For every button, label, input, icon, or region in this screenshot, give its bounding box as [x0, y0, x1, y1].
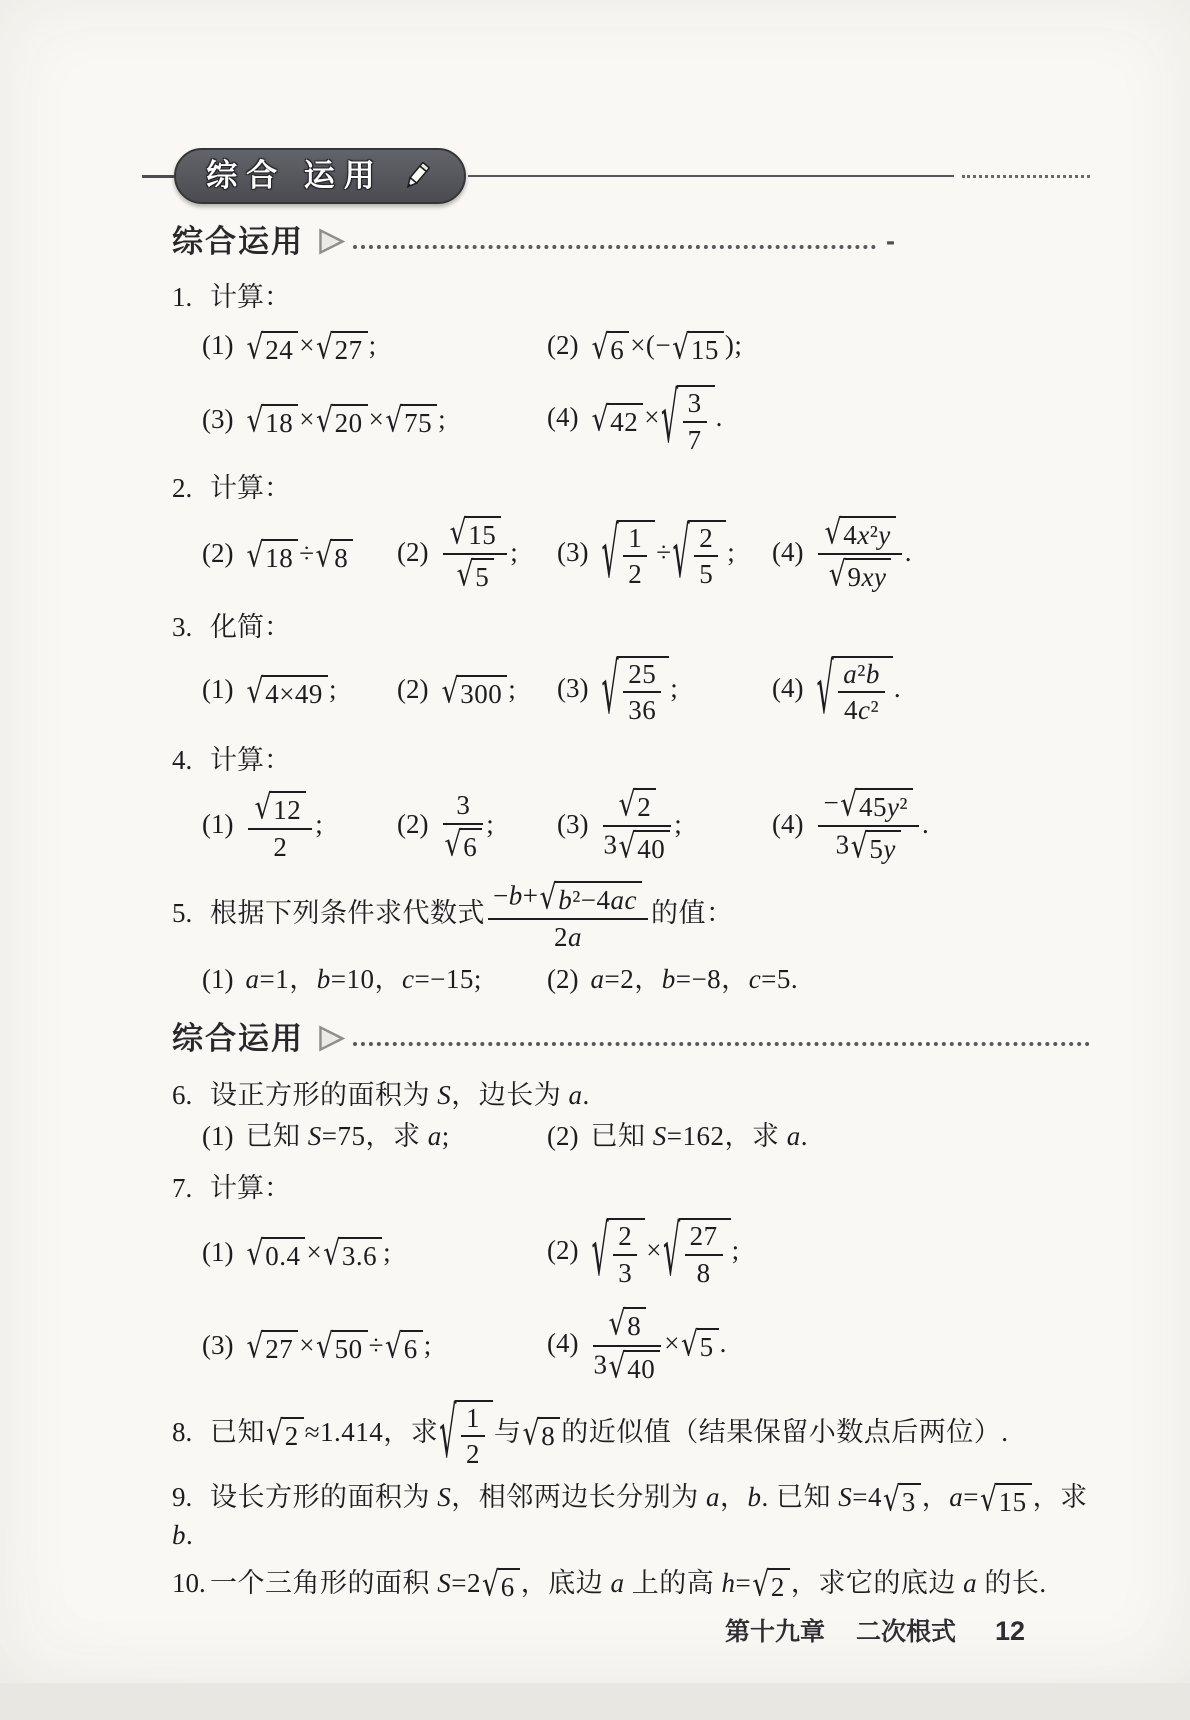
problem-10: 10.一个三角形的面积 S=2√6，底边 a 上的高 h=√2，求它的底边 a …	[172, 1565, 1090, 1605]
exercise-item: (2)√23×√278;	[547, 1218, 1090, 1287]
problem-heading: 2.计算：	[172, 470, 1090, 508]
item-label: (2)	[397, 537, 428, 567]
problem-number: 3.	[172, 609, 210, 647]
item-label: (3)	[202, 404, 233, 434]
item-formula: −√45y²3√5y.	[815, 809, 929, 839]
decorative-header-row: 综合 运用	[142, 148, 1090, 204]
problem-number: 9.	[172, 1479, 210, 1517]
exercise-item: (1)已知 S=75，求 a;	[202, 1118, 547, 1156]
problem-6: 6.设正方形的面积为 S，边长为 a. (1)已知 S=75，求 a; (2)已…	[172, 1077, 1090, 1163]
problem-heading: 8.已知√2≈1.414，求√12与√8的近似值（结果保留小数点后两位）.	[172, 1400, 1090, 1469]
section-header-label: 综合运用	[172, 1017, 304, 1060]
section-header-2: 综合运用	[172, 1017, 1090, 1060]
problem-stem: 根据下列条件求代数式−b+√b²−4ac2a的值：	[210, 898, 734, 928]
rule-line-right	[468, 175, 954, 177]
leader-end-dash: -	[886, 223, 895, 261]
item-label: (1)	[202, 330, 233, 360]
problem-title: 计算：	[210, 282, 291, 312]
exercise-item: (2)√300;	[397, 671, 557, 709]
exercise-item: (4)√42×√37.	[547, 385, 1090, 454]
item-label: (1)	[202, 809, 233, 839]
item-formula: √23√40;	[600, 809, 682, 839]
item-formula: a=2，b=−8，c=5.	[590, 964, 798, 994]
problem-heading: 1.计算：	[172, 279, 1090, 317]
item-row: (2)√18÷√8 (2)√15√5; (3)√12÷√25; (4)√4x²y…	[172, 516, 1090, 592]
item-label: (3)	[557, 809, 588, 839]
exercise-item: (2)√18÷√8	[202, 535, 397, 573]
rule-line-dotted	[962, 175, 1090, 178]
problem-9: 9.设长方形的面积为 S，相邻两边长分别为 a，b. 已知 S=4√3，a=√1…	[172, 1479, 1090, 1557]
exercise-item: (1)√24×√27;	[202, 327, 547, 365]
problem-stem: 已知√2≈1.414，求√12与√8的近似值（结果保留小数点后两位）.	[210, 1417, 1008, 1447]
exercise-item: (1)a=1，b=10，c=−15;	[202, 961, 547, 999]
exercise-item: (1)√4×49;	[202, 671, 397, 709]
item-label: (1)	[202, 964, 233, 994]
item-label: (2)	[397, 674, 428, 704]
exercise-item: (1)√0.4×√3.6;	[202, 1234, 547, 1272]
problem-heading: 4.计算：	[172, 742, 1090, 780]
problem-heading: 3.化简：	[172, 609, 1090, 647]
exercise-item: (2)已知 S=162，求 a.	[547, 1118, 1090, 1156]
item-label: (3)	[202, 1330, 233, 1360]
item-label: (2)	[547, 964, 578, 994]
item-label: (4)	[772, 809, 803, 839]
item-grid: (1)已知 S=75，求 a; (2)已知 S=162，求 a.	[172, 1118, 1090, 1156]
triangle-right-icon	[316, 1025, 347, 1052]
item-formula: 已知 S=162，求 a.	[590, 1121, 807, 1151]
item-label: (4)	[772, 673, 803, 703]
problem-number: 7.	[172, 1170, 210, 1208]
item-formula: √2536;	[600, 673, 678, 703]
problem-stem: 设正方形的面积为 S，边长为 a.	[210, 1080, 590, 1110]
item-formula: √6×(−√15);	[590, 330, 742, 360]
page-footer: 第十九章 二次根式 12	[172, 1613, 1090, 1720]
exercise-item: (4)√83√40×√5.	[547, 1307, 1090, 1383]
item-formula: √24×√27;	[245, 330, 376, 360]
dotted-leader	[353, 245, 876, 249]
problem-5: 5.根据下列条件求代数式−b+√b²−4ac2a的值： (1)a=1，b=10，…	[172, 881, 1090, 1008]
exercise-item: (3)√12÷√25;	[557, 520, 772, 589]
dotted-leader	[353, 1042, 1090, 1046]
problem-number: 2.	[172, 470, 210, 508]
problem-number: 5.	[172, 895, 210, 933]
problem-2: 2.计算： (2)√18÷√8 (2)√15√5; (3)√12÷√25; (4…	[172, 470, 1090, 600]
item-label: (1)	[202, 1121, 233, 1151]
footer-section-title: 二次根式	[856, 1618, 956, 1646]
item-formula: √a²b4c².	[815, 673, 901, 703]
item-label: (2)	[397, 809, 428, 839]
item-label: (4)	[547, 402, 578, 432]
problem-title: 计算：	[210, 1173, 291, 1203]
item-formula: √4x²y√9xy.	[815, 537, 912, 567]
problem-heading: 10.一个三角形的面积 S=2√6，底边 a 上的高 h=√2，求它的底边 a …	[172, 1565, 1090, 1603]
problem-stem: 设长方形的面积为 S，相邻两边长分别为 a，b. 已知 S=4√3，a=√15，…	[172, 1482, 1088, 1550]
problem-heading: 7.计算：	[172, 1170, 1090, 1208]
problem-number: 10.	[172, 1565, 210, 1603]
exercise-item: (3)√2536;	[557, 656, 772, 725]
item-formula: a=1，b=10，c=−15;	[245, 964, 481, 994]
problem-number: 8.	[172, 1414, 210, 1452]
item-formula: 3√6;	[440, 809, 494, 839]
exercise-item: (1)√122;	[202, 791, 397, 862]
textbook-page: 综合 运用 综合运用 - 1.计算： (1)√24×√27;	[0, 0, 1190, 1683]
problem-1: 1.计算： (1)√24×√27; (2)√6×(−√15); (3)√18×√…	[172, 279, 1090, 462]
item-formula: √300;	[440, 674, 516, 704]
item-grid: (1)a=1，b=10，c=−15; (2)a=2，b=−8，c=5.	[172, 961, 1090, 999]
item-row: (1)√4×49; (2)√300; (3)√2536; (4)√a²b4c².	[172, 654, 1090, 726]
footer-chapter: 第十九章	[725, 1618, 825, 1646]
item-label: (1)	[202, 674, 233, 704]
triangle-right-icon	[316, 228, 347, 255]
item-formula: √18÷√8	[245, 538, 354, 568]
problem-number: 4.	[172, 742, 210, 780]
problem-heading: 5.根据下列条件求代数式−b+√b²−4ac2a的值：	[172, 881, 1090, 952]
item-row: (1)√122; (2)3√6; (3)√23√40; (4)−√45y²3√5…	[172, 788, 1090, 864]
exercise-item: (4)√4x²y√9xy.	[772, 516, 1090, 592]
item-label: (2)	[547, 1121, 578, 1151]
item-label: (1)	[202, 1237, 233, 1267]
problem-stem: 一个三角形的面积 S=2√6，底边 a 上的高 h=√2，求它的底边 a 的长.	[210, 1568, 1047, 1598]
exercise-item: (2)√15√5;	[397, 516, 557, 592]
problem-3: 3.化简： (1)√4×49; (2)√300; (3)√2536; (4)√a…	[172, 609, 1090, 735]
item-label: (4)	[772, 537, 803, 567]
item-formula: √42×√37.	[590, 402, 722, 432]
exercise-item: (3)√23√40;	[557, 788, 772, 864]
problem-heading: 9.设长方形的面积为 S，相邻两边长分别为 a，b. 已知 S=4√3，a=√1…	[172, 1479, 1090, 1555]
item-label: (2)	[547, 330, 578, 360]
problem-4: 4.计算： (1)√122; (2)3√6; (3)√23√40; (4)−√4…	[172, 742, 1090, 872]
exercise-item: (2)a=2，b=−8，c=5.	[547, 961, 1090, 999]
exercise-item: (3)√27×√50÷√6;	[202, 1327, 547, 1365]
exercise-item: (4)√a²b4c².	[772, 656, 1090, 725]
section-badge-label: 综合 运用	[206, 154, 384, 197]
problem-title: 计算：	[210, 745, 291, 775]
item-formula: √18×√20×√75;	[245, 404, 446, 434]
exercise-item: (2)3√6;	[397, 791, 557, 862]
section-header-label: 综合运用	[172, 220, 304, 263]
item-formula: 已知 S=75，求 a;	[245, 1121, 449, 1151]
problem-7: 7.计算： (1)√0.4×√3.6; (2)√23×√278; (3)√27×…	[172, 1170, 1090, 1391]
section-badge: 综合 运用	[174, 148, 466, 204]
problem-title: 化简：	[210, 612, 291, 642]
exercise-item: (2)√6×(−√15);	[547, 327, 1090, 365]
item-label: (3)	[557, 537, 588, 567]
item-formula: √0.4×√3.6;	[245, 1237, 391, 1267]
item-formula: √15√5;	[440, 537, 518, 567]
item-formula: √83√40×√5.	[590, 1328, 726, 1358]
exercise-item: (3)√18×√20×√75;	[202, 401, 547, 439]
exercise-item: (4)−√45y²3√5y.	[772, 788, 1090, 864]
problem-8: 8.已知√2≈1.414，求√12与√8的近似值（结果保留小数点后两位）.	[172, 1400, 1090, 1471]
item-label: (3)	[557, 673, 588, 703]
item-formula: √23×√278;	[590, 1235, 739, 1265]
section-header-1: 综合运用 -	[172, 220, 895, 263]
problem-heading: 6.设正方形的面积为 S，边长为 a.	[172, 1077, 1090, 1115]
item-label: (2)	[547, 1235, 578, 1265]
item-formula: √12÷√25;	[600, 537, 735, 567]
item-grid: (1)√0.4×√3.6; (2)√23×√278; (3)√27×√50÷√6…	[172, 1218, 1090, 1384]
item-label: (2)	[202, 538, 233, 568]
pencil-icon	[400, 159, 434, 193]
item-label: (4)	[547, 1328, 578, 1358]
rule-line-left	[142, 175, 174, 178]
item-formula: √27×√50÷√6;	[245, 1330, 431, 1360]
item-grid: (1)√24×√27; (2)√6×(−√15); (3)√18×√20×√75…	[172, 327, 1090, 454]
item-formula: √4×49;	[245, 674, 336, 704]
problem-number: 1.	[172, 279, 210, 317]
problem-title: 计算：	[210, 473, 291, 503]
item-formula: √122;	[245, 809, 323, 839]
page-number: 12	[995, 1616, 1025, 1646]
problem-number: 6.	[172, 1077, 210, 1115]
